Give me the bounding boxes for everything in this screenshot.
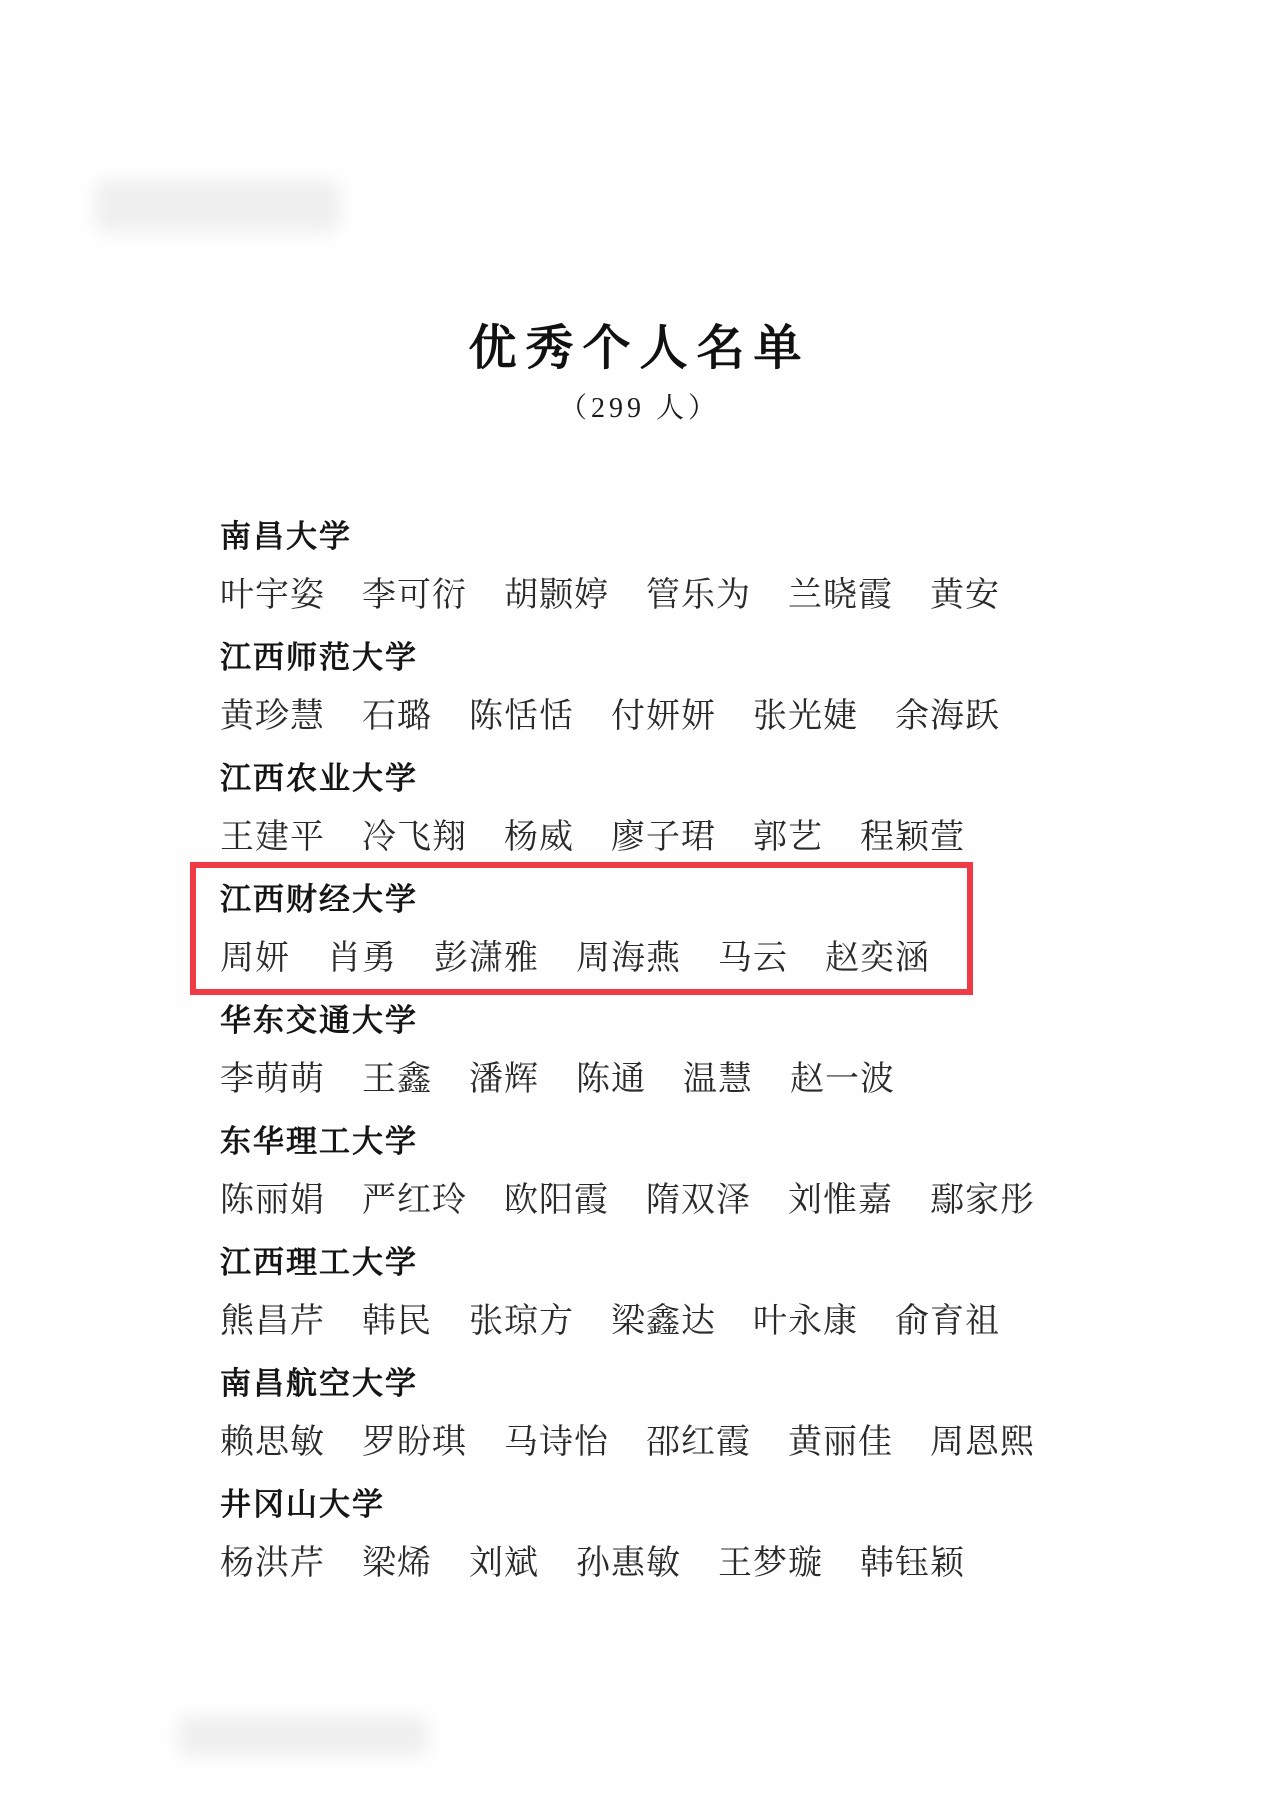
names-row: 陈丽娟严红玲欧阳霞隋双泽刘惟嘉鄢家彤 [220, 1177, 1040, 1225]
university-section: 井冈山大学 杨洪芹梁烯刘斌孙惠敏王梦璇韩钰颖 [220, 1486, 1040, 1607]
university-section: 江西理工大学 熊昌芹韩民张琼方梁鑫达叶永康俞育祖 [220, 1244, 1040, 1365]
person-name: 赵一波 [790, 1056, 895, 1104]
person-name: 陈通 [576, 1056, 646, 1104]
person-name: 赵奕涵 [825, 935, 930, 983]
person-name: 张琼方 [469, 1298, 574, 1346]
person-name: 张光婕 [753, 693, 858, 741]
person-name: 周妍 [220, 935, 290, 983]
person-name: 冷飞翔 [362, 814, 467, 862]
person-name: 程颖萱 [860, 814, 965, 862]
person-name: 隋双泽 [646, 1177, 751, 1225]
person-name: 俞育祖 [895, 1298, 1000, 1346]
person-name: 韩民 [362, 1298, 432, 1346]
university-name: 华东交通大学 [220, 1002, 1040, 1040]
person-name: 韩钰颖 [860, 1540, 965, 1588]
person-name: 彭潇雅 [434, 935, 539, 983]
person-name: 梁鑫达 [611, 1298, 716, 1346]
names-row: 赖思敏罗盼琪马诗怡邵红霞黄丽佳周恩熙 [220, 1419, 1040, 1467]
person-name: 黄安 [930, 572, 1000, 620]
scan-artifact-top [95, 180, 340, 232]
university-section: 华东交通大学 李萌萌王鑫潘辉陈通温慧赵一波 [220, 1002, 1040, 1123]
person-name: 严红玲 [362, 1177, 467, 1225]
person-name: 刘斌 [469, 1540, 539, 1588]
names-row: 杨洪芹梁烯刘斌孙惠敏王梦璇韩钰颖 [220, 1540, 1040, 1588]
names-row: 王建平冷飞翔杨威廖子珺郭艺程颖萱 [220, 814, 1040, 862]
university-section: 东华理工大学 陈丽娟严红玲欧阳霞隋双泽刘惟嘉鄢家彤 [220, 1123, 1040, 1244]
person-name: 熊昌芹 [220, 1298, 325, 1346]
person-name: 李萌萌 [220, 1056, 325, 1104]
person-name: 温慧 [683, 1056, 753, 1104]
names-row: 黄珍慧石璐陈恬恬付妍妍张光婕余海跃 [220, 693, 1040, 741]
person-name: 胡颢婷 [504, 572, 609, 620]
person-name: 兰晓霞 [788, 572, 893, 620]
person-name: 邵红霞 [646, 1419, 751, 1467]
person-name: 梁烯 [362, 1540, 432, 1588]
person-name: 郭艺 [753, 814, 823, 862]
university-name: 江西师范大学 [220, 639, 1040, 677]
person-name: 余海跃 [895, 693, 1000, 741]
university-name: 南昌大学 [220, 518, 1040, 556]
university-section: 江西师范大学 黄珍慧石璐陈恬恬付妍妍张光婕余海跃 [220, 639, 1040, 760]
university-section: 南昌航空大学 赖思敏罗盼琪马诗怡邵红霞黄丽佳周恩熙 [220, 1365, 1040, 1486]
names-row: 叶宇姿李可衍胡颢婷管乐为兰晓霞黄安 [220, 572, 1040, 620]
university-name: 江西理工大学 [220, 1244, 1040, 1282]
person-name: 潘辉 [469, 1056, 539, 1104]
names-row: 周妍肖勇彭潇雅周海燕马云赵奕涵 [220, 935, 1040, 983]
person-name: 欧阳霞 [504, 1177, 609, 1225]
person-name: 马诗怡 [504, 1419, 609, 1467]
person-name: 陈恬恬 [469, 693, 574, 741]
person-name: 孙惠敏 [576, 1540, 681, 1588]
person-name: 肖勇 [327, 935, 397, 983]
person-name: 马云 [718, 935, 788, 983]
person-name: 刘惟嘉 [788, 1177, 893, 1225]
university-name: 南昌航空大学 [220, 1365, 1040, 1403]
person-name: 罗盼琪 [362, 1419, 467, 1467]
person-name: 黄珍慧 [220, 693, 325, 741]
person-name: 周恩熙 [930, 1419, 1035, 1467]
university-name: 江西农业大学 [220, 760, 1040, 798]
person-name: 叶永康 [753, 1298, 858, 1346]
person-name: 廖子珺 [611, 814, 716, 862]
person-name: 杨威 [504, 814, 574, 862]
document-page: 优秀个人名单 （299 人） 南昌大学 叶宇姿李可衍胡颢婷管乐为兰晓霞黄安 江西… [0, 0, 1279, 1808]
person-name: 陈丽娟 [220, 1177, 325, 1225]
university-list: 南昌大学 叶宇姿李可衍胡颢婷管乐为兰晓霞黄安 江西师范大学 黄珍慧石璐陈恬恬付妍… [220, 518, 1040, 1607]
university-section: 江西农业大学 王建平冷飞翔杨威廖子珺郭艺程颖萱 [220, 760, 1040, 881]
names-row: 熊昌芹韩民张琼方梁鑫达叶永康俞育祖 [220, 1298, 1040, 1346]
university-section: 南昌大学 叶宇姿李可衍胡颢婷管乐为兰晓霞黄安 [220, 518, 1040, 639]
person-name: 黄丽佳 [788, 1419, 893, 1467]
university-name: 江西财经大学 [220, 881, 1040, 919]
person-name: 王梦璇 [718, 1540, 823, 1588]
scan-artifact-bottom [178, 1716, 428, 1756]
names-row: 李萌萌王鑫潘辉陈通温慧赵一波 [220, 1056, 1040, 1104]
page-subtitle: （299 人） [0, 392, 1279, 426]
person-name: 李可衍 [362, 572, 467, 620]
person-name: 王鑫 [362, 1056, 432, 1104]
person-name: 叶宇姿 [220, 572, 325, 620]
person-name: 周海燕 [576, 935, 681, 983]
person-name: 付妍妍 [611, 693, 716, 741]
person-name: 王建平 [220, 814, 325, 862]
person-name: 赖思敏 [220, 1419, 325, 1467]
person-name: 杨洪芹 [220, 1540, 325, 1588]
person-name: 鄢家彤 [930, 1177, 1035, 1225]
person-name: 管乐为 [646, 572, 751, 620]
university-name: 井冈山大学 [220, 1486, 1040, 1524]
person-name: 石璐 [362, 693, 432, 741]
university-name: 东华理工大学 [220, 1123, 1040, 1161]
university-section: 江西财经大学 周妍肖勇彭潇雅周海燕马云赵奕涵 [220, 881, 1040, 1002]
